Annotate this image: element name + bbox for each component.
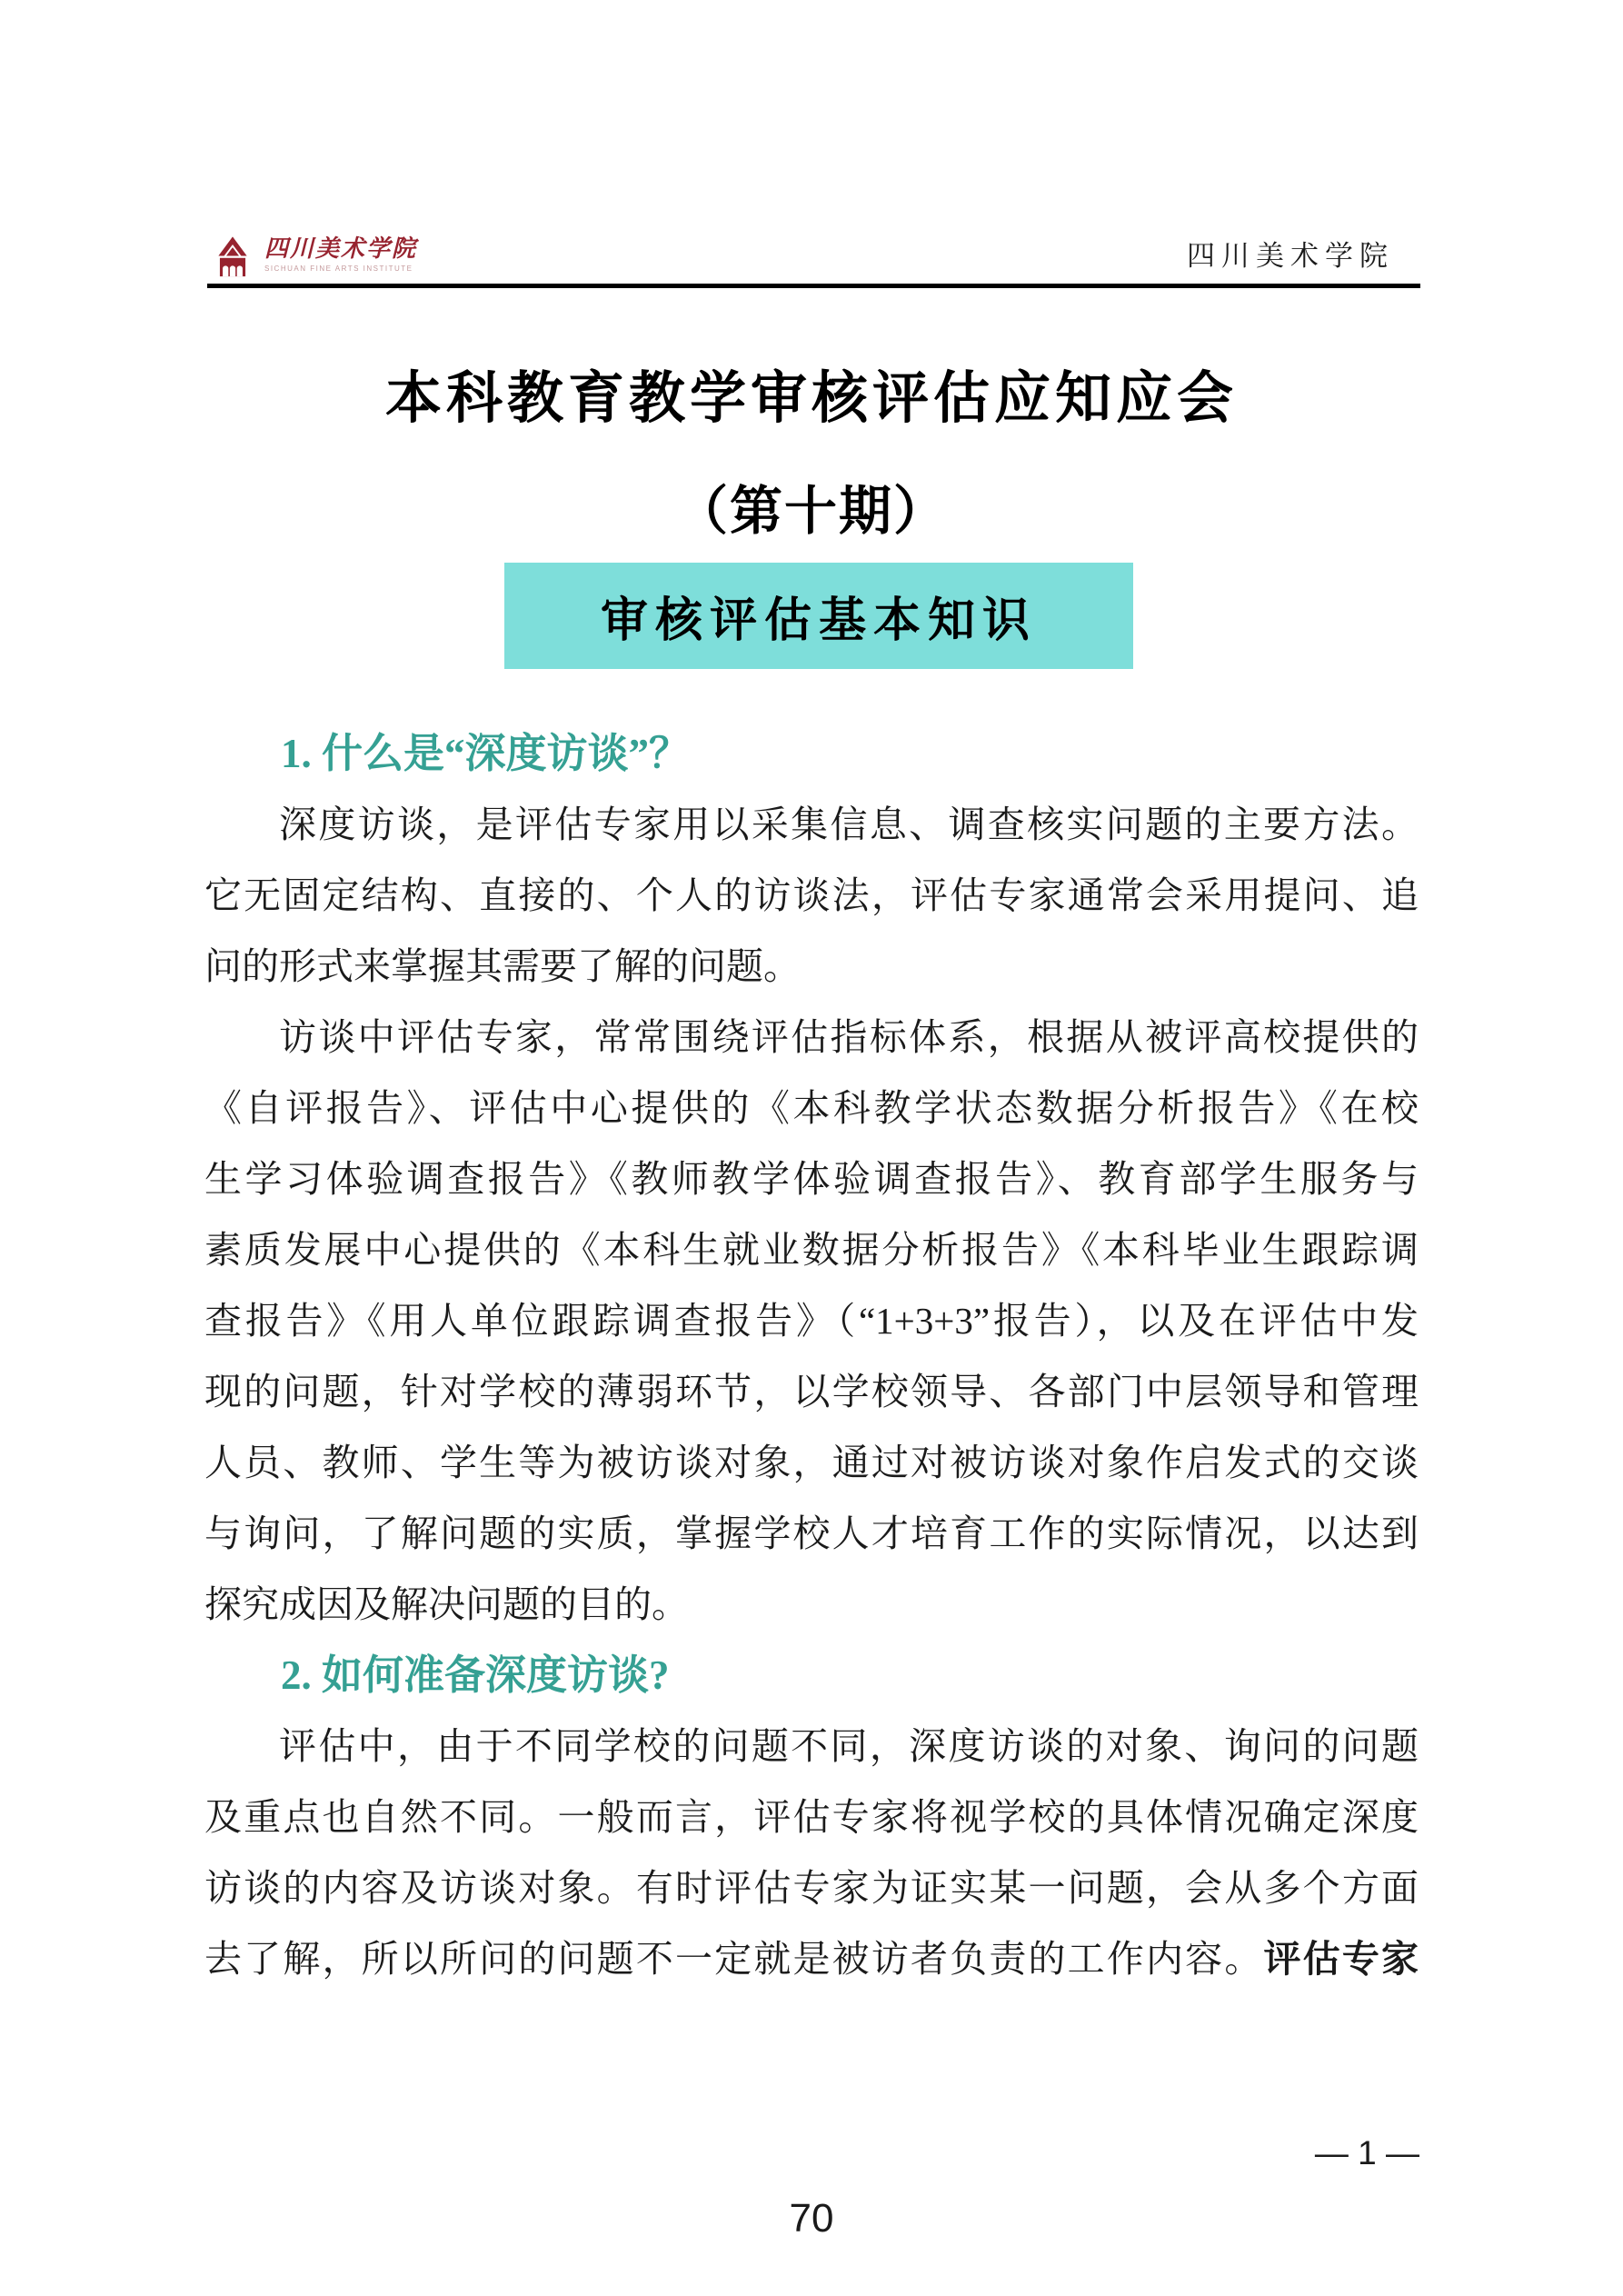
- document-title: 本科教育教学审核评估应知应会: [0, 353, 1623, 434]
- body-line: 它无固定结构、直接的、个人的访谈法，评估专家通常会采用提问、追: [204, 860, 1419, 931]
- page-marker: — 1 —: [1315, 2134, 1419, 2172]
- school-logo-icon: [210, 235, 255, 280]
- body-line: 访谈的内容及访谈对象。有时评估专家为证实某一问题，会从多个方面: [204, 1852, 1419, 1923]
- body-line: 《自评报告》、评估中心提供的《本科教学状态数据分析报告》《在校: [204, 1073, 1419, 1143]
- body-line: 素质发展中心提供的《本科生就业数据分析报告》《本科毕业生跟踪调: [204, 1214, 1419, 1285]
- body-line: 去了解，所以所问的问题不一定就是被访者负责的工作内容。评估专家: [204, 1923, 1419, 1994]
- body-line-text: 去了解，所以所问的问题不一定就是被访者负责的工作内容。: [204, 1938, 1264, 1980]
- document-body: 1. 什么是“深度访谈”？ 深度访谈，是评估专家用以采集信息、调查核实问题的主要…: [204, 718, 1419, 1994]
- school-logo: 四川美术学院 SICHUAN FINE ARTS INSTITUTE: [210, 235, 417, 280]
- section-1-heading: 1. 什么是“深度访谈”？: [204, 718, 1419, 789]
- school-logo-text: 四川美术学院 SICHUAN FINE ARTS INSTITUTE: [264, 235, 417, 273]
- section-banner-label: 审核评估基本知识: [601, 582, 1037, 650]
- body-line: 现的问题，针对学校的薄弱环节，以学校领导、各部门中层领导和管理: [204, 1356, 1419, 1427]
- logo-school-name: 四川美术学院: [264, 236, 417, 262]
- body-line: 与询问，了解问题的实质，掌握学校人才培育工作的实际情况，以达到: [204, 1498, 1419, 1569]
- body-line: 查报告》《用人单位跟踪调查报告》（“1+3+3”报告），以及在评估中发: [204, 1285, 1419, 1356]
- body-line-bold-text: 评估专家: [1264, 1938, 1419, 1980]
- section-banner: 审核评估基本知识: [504, 563, 1133, 669]
- page-number: 70: [0, 2196, 1623, 2241]
- header-school-name: 四川美术学院: [1187, 233, 1394, 274]
- body-line: 评估中，由于不同学校的问题不同，深度访谈的对象、询问的问题: [204, 1711, 1419, 1782]
- body-line: 探究成因及解决问题的目的。: [204, 1569, 1419, 1640]
- header-rule: [207, 284, 1420, 288]
- body-line: 生学习体验调查报告》《教师教学体验调查报告》、教育部学生服务与: [204, 1143, 1419, 1214]
- body-line: 问的形式来掌握其需要了解的问题。: [204, 931, 1419, 1002]
- section-2-heading: 2. 如何准备深度访谈?: [204, 1640, 1419, 1711]
- logo-school-name-en: SICHUAN FINE ARTS INSTITUTE: [264, 265, 417, 273]
- body-line: 访谈中评估专家，常常围绕评估指标体系，根据从被评高校提供的: [204, 1002, 1419, 1073]
- document-page: 四川美术学院 SICHUAN FINE ARTS INSTITUTE 四川美术学…: [0, 0, 1623, 2296]
- body-line: 及重点也自然不同。一般而言，评估专家将视学校的具体情况确定深度: [204, 1782, 1419, 1852]
- body-line: 人员、教师、学生等为被访谈对象，通过对被访谈对象作启发式的交谈: [204, 1427, 1419, 1498]
- body-line: 深度访谈，是评估专家用以采集信息、调查核实问题的主要方法。: [204, 789, 1419, 860]
- document-subtitle: （第十期）: [0, 468, 1623, 544]
